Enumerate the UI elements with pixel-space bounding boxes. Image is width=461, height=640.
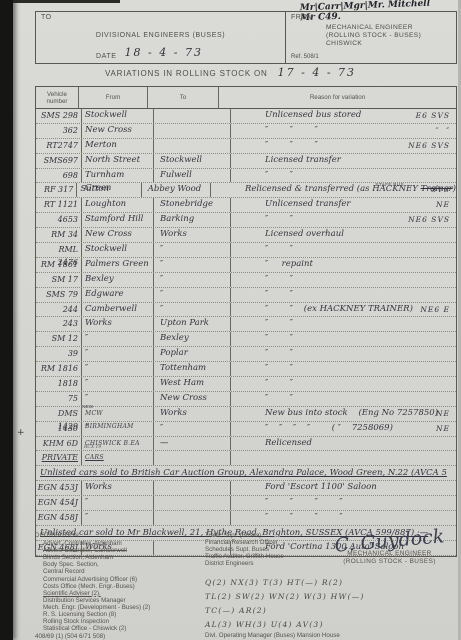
vehicle-number: KHM 6D bbox=[43, 439, 78, 448]
vehicle-cell: DMS 1429 bbox=[36, 407, 82, 421]
vehicle-cell: PRIVATE bbox=[36, 451, 82, 465]
from-cell: Camberwell bbox=[82, 303, 154, 317]
vehicle-number: SMS697 bbox=[44, 156, 78, 165]
to-cell: Stonebridge bbox=[154, 198, 231, 212]
reason-value: Unlicensed transfer bbox=[265, 199, 351, 209]
vehicle-cell: SM 12 bbox=[36, 332, 82, 346]
variation-code: ″ ″ bbox=[436, 124, 450, 137]
from-cell: Edgware bbox=[82, 288, 154, 302]
reason-value: ″ ″ bbox=[265, 274, 293, 284]
from-cell: Sutton bbox=[77, 183, 141, 197]
distribution-items: Advert. Controller, AldenhamAdvert. Cont… bbox=[35, 540, 205, 632]
to-value: ″ bbox=[160, 274, 163, 284]
to-cell bbox=[154, 511, 231, 525]
reason-cell: ″ ″ bbox=[231, 332, 456, 346]
to-value: Abbey Wood bbox=[148, 184, 201, 194]
table-body: SMS 298StockwellUnlicensed bus storedE6 … bbox=[36, 109, 456, 556]
reason-value: ″ ″ bbox=[265, 214, 293, 224]
variation-code: NE bbox=[436, 407, 450, 420]
distribution-item: Distribution Services Manager bbox=[35, 597, 205, 604]
reason-cell: Relicensed bbox=[231, 437, 456, 451]
from-cell: Stockwell bbox=[82, 243, 154, 257]
reason-cell: ″ ″ bbox=[231, 243, 456, 257]
from-cell: ″ bbox=[82, 362, 154, 376]
table-row: SMS 79Edgware″″ ″ bbox=[36, 288, 456, 303]
vehicle-number: EGN 453J bbox=[38, 483, 78, 492]
variation-code: NE6 E bbox=[420, 303, 450, 316]
to-value: Tottenham bbox=[160, 363, 206, 373]
from-value: ″ bbox=[85, 393, 88, 403]
garage-code-line: AL(3) WH(3) U(4) AV(3) bbox=[205, 618, 365, 632]
distribution-item: Body Spec. Section, bbox=[35, 561, 205, 568]
from-value: New Cross bbox=[85, 125, 132, 135]
from-cell: FROM MECHANICAL ENGINEER (ROLLING STOCK … bbox=[286, 12, 456, 63]
vehicle-cell: EGN 458J bbox=[36, 511, 82, 525]
from-cell: Turnham Green bbox=[82, 169, 154, 183]
vehicle-number: SMS 79 bbox=[46, 290, 78, 299]
table-row: RM 34New CrossWorksLicensed overhaul bbox=[36, 228, 456, 243]
vehicle-cell: RT 1121 bbox=[36, 198, 82, 212]
from-value: Edgware bbox=[85, 289, 124, 299]
from-cell: New Cross bbox=[82, 124, 154, 138]
table-row: RM 1816″Tottenham″ ″ bbox=[36, 362, 456, 377]
to-cell: New Cross bbox=[154, 392, 231, 406]
to-cell bbox=[154, 496, 231, 510]
to-value: Stonebridge bbox=[160, 199, 213, 209]
vehicle-number: RM 34 bbox=[51, 230, 78, 239]
distribution-item: Statistical Office - Chiswick (2) bbox=[35, 625, 205, 632]
from-note: NEW bbox=[82, 405, 93, 410]
vehicle-number: RT 1121 bbox=[44, 200, 78, 209]
to-cell: Poplar bbox=[154, 347, 231, 361]
vehicle-cell: SMS697 bbox=[36, 154, 82, 168]
to-cell: Tottenham bbox=[154, 362, 231, 376]
vehicle-cell: RM 34 bbox=[36, 228, 82, 242]
to-value: West Ham bbox=[160, 378, 204, 388]
table-row: 4653Stamford HillBarking″ ″NE6 SVS bbox=[36, 213, 456, 228]
to-cell bbox=[154, 124, 231, 138]
vehicle-number: SMS 298 bbox=[41, 111, 78, 120]
variations-table: Vehicle number From To Reason for variat… bbox=[35, 86, 457, 557]
vehicle-number: RF 317 bbox=[44, 185, 73, 194]
from-cell: CARS bbox=[82, 451, 154, 465]
table-row: 244Camberwell″″ ″ (ex HACKNEY TRAINER)NE… bbox=[36, 303, 456, 318]
from-value: ″ bbox=[85, 333, 88, 343]
reason-value: ″ ″ bbox=[265, 170, 293, 180]
to-value: Poplar bbox=[160, 348, 188, 358]
to-cell: ″ bbox=[154, 258, 231, 272]
span-row-text: Unlisted cars sold to British Car Auctio… bbox=[36, 468, 447, 478]
distribution-item: Costs Office (Mech. Engr.-Buses) bbox=[35, 583, 205, 590]
vehicle-cell: 4653 bbox=[36, 213, 82, 227]
vehicle-number: 39 bbox=[68, 349, 78, 358]
from-cell: ″ bbox=[82, 511, 154, 525]
vehicle-number: EGN 454J bbox=[38, 498, 78, 507]
to-cell: Works bbox=[154, 228, 231, 242]
to-value: Works bbox=[160, 408, 187, 418]
ref-number: Ref. 508/1 bbox=[291, 54, 319, 60]
reason-value: ″ ″ ″ bbox=[265, 140, 318, 150]
to-value: Bexley bbox=[160, 333, 189, 343]
form-title: VARIATIONS IN ROLLING STOCK ON17 - 4 - 7… bbox=[0, 66, 461, 79]
vehicle-number: PRIVATE bbox=[42, 453, 78, 462]
to-value: Barking bbox=[160, 214, 194, 224]
reason-value: New bus into stock (Eng No 7257850) bbox=[265, 408, 438, 418]
distribution-item: Mech. Engr. (Development - Buses) (2) bbox=[35, 604, 205, 611]
table-row: SMS 298StockwellUnlicensed bus storedE6 … bbox=[36, 109, 456, 124]
reason-cell: ″ ″ ″ ″ bbox=[231, 511, 456, 525]
from-value: Palmers Green bbox=[85, 259, 149, 269]
reason-cell: ″ ″ bbox=[231, 288, 456, 302]
reason-note-above: STAFF BUS bbox=[375, 179, 404, 192]
reason-value: ″ ″ bbox=[265, 333, 293, 343]
to-value: ″ bbox=[160, 304, 163, 314]
from-value: Sutton bbox=[80, 184, 109, 194]
address-header-box: TO DIVISIONAL ENGINEERS (BUSES) DATE18 -… bbox=[35, 11, 457, 64]
from-cell: North Street bbox=[82, 154, 154, 168]
to-cell bbox=[154, 139, 231, 153]
table-row: 1818″West Ham″ ″ bbox=[36, 377, 456, 392]
from-value: Camberwell bbox=[85, 304, 137, 314]
reason-cell: Unlicensed transferNE bbox=[231, 198, 456, 212]
distribution-item: Advert. Controller, Camberwell bbox=[35, 547, 205, 554]
from-value: Bexley bbox=[85, 274, 114, 284]
vehicle-number: 4653 bbox=[58, 215, 78, 224]
to-cell: West Ham bbox=[154, 377, 231, 391]
reason-cell: Relicensed & transferred (as HACKNEY Tra… bbox=[211, 183, 456, 197]
from-address: MECHANICAL ENGINEER (ROLLING STOCK - BUS… bbox=[326, 24, 421, 48]
to-cell: Bexley bbox=[154, 332, 231, 346]
vehicle-number: 698 bbox=[63, 171, 78, 180]
scan-left-edge bbox=[0, 0, 13, 640]
vehicle-under-note: RCX 19 bbox=[84, 445, 101, 450]
reason-value: ″ ″ bbox=[265, 378, 293, 388]
to-cell bbox=[154, 481, 231, 495]
vehicle-cell: 75 bbox=[36, 392, 82, 406]
from-cell: Stamford Hill bbox=[82, 213, 154, 227]
reason-value: ″ ″ bbox=[265, 318, 293, 328]
from-value: New Cross bbox=[85, 229, 132, 239]
from-value: Works bbox=[85, 482, 112, 492]
vehicle-cell: RML 2476 bbox=[36, 243, 82, 257]
reason-value: Licensed overhaul bbox=[265, 229, 344, 239]
vehicle-number: SM 12 bbox=[52, 334, 78, 343]
to-cell: ″ bbox=[154, 288, 231, 302]
from-value: ″ bbox=[85, 363, 88, 373]
from-cell: ″ bbox=[82, 392, 154, 406]
to-cell: Works bbox=[154, 407, 231, 421]
to-value: ″ bbox=[160, 423, 163, 433]
reason-cell: New bus into stock (Eng No 7257850)NE bbox=[231, 407, 456, 421]
reason-cell: ″ ″ (ex HACKNEY TRAINER)NE6 E bbox=[231, 303, 456, 317]
to-value: Stockwell bbox=[160, 155, 202, 165]
vehicle-number: 362 bbox=[63, 126, 78, 135]
vehicle-cell: 243 bbox=[36, 317, 82, 331]
vehicle-cell: SMS 79 bbox=[36, 288, 82, 302]
from-value: ″ bbox=[85, 512, 88, 522]
reason-value: ″ ″ (ex HACKNEY TRAINER) bbox=[265, 304, 413, 314]
reason-value: ″ ″ bbox=[265, 348, 293, 358]
reason-cell: Unlicensed bus storedE6 SVS bbox=[231, 109, 456, 123]
to-cell: Barking bbox=[154, 213, 231, 227]
from-value: Loughton bbox=[85, 199, 126, 209]
table-row: RT 1121LoughtonStonebridgeUnlicensed tra… bbox=[36, 198, 456, 213]
reason-value: Unlicensed bus stored bbox=[265, 110, 361, 120]
table-row: 362New Cross″ ″ ″″ ″ bbox=[36, 124, 456, 139]
reason-value: ″ repaint bbox=[265, 259, 313, 269]
reason-value: ″ ″ bbox=[265, 393, 293, 403]
from-cell: Palmers Green bbox=[82, 258, 154, 272]
reason-value: ″ ″ ″ bbox=[265, 125, 318, 135]
to-cell: Upton Park bbox=[154, 317, 231, 331]
bottom-distribution-line: Divl. Operating Manager (Buses) Mansion … bbox=[205, 632, 340, 639]
scanned-form-page: Mr|Carr|Mgr|Mr. Mitchell Mr C49. TO DIVI… bbox=[0, 0, 461, 640]
date-handwritten: 18 - 4 - 73 bbox=[125, 46, 203, 59]
vehicle-number: 75 bbox=[68, 394, 78, 403]
garage-code-line: TL(2) SW(2) WN(2) W(3) HW(—) bbox=[205, 590, 365, 604]
vehicle-cell: 1430 bbox=[36, 422, 82, 436]
from-cell: ″ bbox=[82, 347, 154, 361]
reason-value: ″ ″ bbox=[265, 289, 293, 299]
table-row: 243WorksUpton Park″ ″ bbox=[36, 317, 456, 332]
variation-code: NE6 SVS bbox=[408, 139, 450, 152]
date-label: DATE bbox=[96, 53, 117, 60]
distribution-item: Rolling Stock Inspection bbox=[35, 618, 205, 625]
table-row: RM 1861Palmers Green″″ repaint bbox=[36, 258, 456, 273]
distribution-item: Scientific Adviser (2). bbox=[35, 590, 205, 597]
footer: DISTRIBUTION Advert. Controller, Aldenha… bbox=[0, 530, 461, 640]
table-row: EGN 453JWorksFord 'Escort 1100' Saloon bbox=[36, 481, 456, 496]
variation-code: E6 SVS bbox=[416, 109, 450, 122]
col-header-reason: Reason for variation bbox=[219, 87, 456, 108]
from-value: CARS bbox=[85, 454, 104, 461]
from-value: ″ bbox=[85, 497, 88, 507]
vehicle-cell: 39 bbox=[36, 347, 82, 361]
form-title-printed: VARIATIONS IN ROLLING STOCK ON bbox=[105, 69, 268, 78]
margin-plus-mark: + bbox=[17, 428, 25, 438]
reason-cell: ″ ″ bbox=[231, 392, 456, 406]
table-row: KHM 6DRCX 19CHISWICK B.EA—Relicensed bbox=[36, 437, 456, 452]
vehicle-cell: RF 317 bbox=[36, 183, 77, 197]
to-cell: Abbey Wood bbox=[142, 183, 211, 197]
to-cell bbox=[154, 451, 231, 465]
table-row: PRIVATECARS bbox=[36, 451, 456, 466]
distribution-item: Commercial Advertising Officer (6) bbox=[35, 576, 205, 583]
col-header-vehicle: Vehicle number bbox=[36, 87, 79, 108]
vehicle-number: RM 1861 bbox=[41, 260, 78, 269]
garage-code-line: TC(—) AR(2) bbox=[205, 604, 365, 618]
vehicle-number: 1430 bbox=[58, 424, 78, 433]
reason-cell: ″ ″ ″NE6 SVS bbox=[231, 139, 456, 153]
table-row: DMS 1429MCW BIRMINGHAMNEWWorksNew bus in… bbox=[36, 407, 456, 422]
distribution-title: DISTRIBUTION bbox=[35, 532, 205, 539]
vehicle-cell: SM 17 bbox=[36, 273, 82, 287]
reason-cell: Licensed overhaul bbox=[231, 228, 456, 242]
reason-value: Relicensed bbox=[265, 438, 312, 448]
table-header-row: Vehicle number From To Reason for variat… bbox=[36, 87, 456, 109]
table-row: EGN 458J″″ ″ ″ ″ bbox=[36, 511, 456, 526]
from-value: Stockwell bbox=[85, 244, 127, 254]
signatory-title-line-2: (ROLLING STOCK - BUSES) bbox=[322, 558, 457, 566]
from-line-3: CHISWICK bbox=[326, 40, 421, 48]
garage-code-line: Q(2) NX(3) T(3) HT(—) R(2) bbox=[205, 576, 365, 590]
to-cell: Fulwell bbox=[154, 169, 231, 183]
vehicle-cell: EGN 453J bbox=[36, 481, 82, 495]
distribution-item: Blinds Section, Aldenham bbox=[35, 554, 205, 561]
distribution-list: DISTRIBUTION Advert. Controller, Aldenha… bbox=[35, 532, 205, 640]
to-value: DIVISIONAL ENGINEERS (BUSES) bbox=[36, 32, 285, 39]
vehicle-cell: 362 bbox=[36, 124, 82, 138]
reason-cell: ″ ″ bbox=[231, 317, 456, 331]
from-cell: Loughton bbox=[82, 198, 154, 212]
to-value: New Cross bbox=[160, 393, 207, 403]
vehicle-number: EGN 458J bbox=[38, 513, 78, 522]
reason-cell: ″ ″ ″ ″ ( ″ 7258069)NE bbox=[231, 422, 456, 436]
to-cell bbox=[154, 109, 231, 123]
table-row: 39″Poplar″ ″ bbox=[36, 347, 456, 362]
table-row: SM 12″Bexley″ ″ bbox=[36, 332, 456, 347]
from-cell: New Cross bbox=[82, 228, 154, 242]
from-cell: ″ bbox=[82, 422, 154, 436]
reason-cell: ″ ″NE6 SVS bbox=[231, 213, 456, 227]
to-value: ″ bbox=[160, 289, 163, 299]
vehicle-cell: EGN 454J bbox=[36, 496, 82, 510]
reason-cell: ″ ″ bbox=[231, 169, 456, 183]
to-cell: ″ bbox=[154, 243, 231, 257]
from-value: Works bbox=[85, 318, 112, 328]
from-value: Stamford Hill bbox=[85, 214, 143, 224]
vehicle-number: 243 bbox=[63, 319, 78, 328]
from-line-2: (ROLLING STOCK - BUSES) bbox=[326, 32, 421, 40]
garage-code-allocations: Q(2) NX(3) T(3) HT(—) R(2)TL(2) SW(2) WN… bbox=[205, 576, 365, 632]
from-cell: ″ bbox=[82, 496, 154, 510]
table-row: RML 2476Stockwell″″ ″ bbox=[36, 243, 456, 258]
from-cell: Works bbox=[82, 317, 154, 331]
to-cell: ″ bbox=[154, 303, 231, 317]
from-value: ″ bbox=[85, 378, 88, 388]
reason-cell: ″ ″ bbox=[231, 377, 456, 391]
reason-cell: Ford 'Escort 1100' Saloon bbox=[231, 481, 456, 495]
col-header-from: From bbox=[79, 87, 148, 108]
variation-code: SVS bbox=[431, 183, 450, 196]
reason-cell: ″ ″ ″ ″ bbox=[231, 496, 456, 510]
reason-cell: ″ ″ bbox=[231, 273, 456, 287]
from-value: North Street bbox=[85, 155, 140, 165]
to-value: — bbox=[160, 438, 169, 448]
vehicle-cell: SMS 298 bbox=[36, 109, 82, 123]
from-value: ″ bbox=[85, 423, 88, 433]
vehicle-number: SM 17 bbox=[52, 275, 78, 284]
reason-value: ″ ″ bbox=[265, 363, 293, 373]
from-value: Stockwell bbox=[85, 110, 127, 120]
to-value: ″ bbox=[160, 259, 163, 269]
vehicle-cell: RT2747 bbox=[36, 139, 82, 153]
table-row: 75″New Cross″ ″ bbox=[36, 392, 456, 407]
to-cell: Stockwell bbox=[154, 154, 231, 168]
table-row: SMS697North StreetStockwellLicensed tran… bbox=[36, 154, 456, 169]
from-label: FROM bbox=[291, 14, 314, 21]
distribution-item: Advert. Controller, Aldenham bbox=[35, 540, 205, 547]
vehicle-cell: 1818 bbox=[36, 377, 82, 391]
reason-value: ″ ″ bbox=[265, 244, 293, 254]
from-line-1: MECHANICAL ENGINEER bbox=[326, 24, 421, 32]
vehicle-number: RT2747 bbox=[46, 141, 78, 150]
distribution-item: Central Record bbox=[35, 568, 205, 575]
scan-top-edge bbox=[0, 0, 120, 3]
table-row: EGN 454J″″ ″ ″ ″ bbox=[36, 496, 456, 511]
reason-cell: Licensed transfer bbox=[231, 154, 456, 168]
variation-code: NE bbox=[436, 422, 450, 435]
reason-cell: ″ ″ bbox=[231, 362, 456, 376]
to-cell: ″ bbox=[154, 422, 231, 436]
form-title-date: 17 - 4 - 73 bbox=[278, 66, 356, 79]
vehicle-cell: 698 bbox=[36, 169, 82, 183]
from-cell: Stockwell bbox=[82, 109, 154, 123]
distribution-form-number: 408/69 (1) (504 6/71 508) bbox=[35, 633, 205, 640]
to-value: Works bbox=[160, 229, 187, 239]
variation-code: NE6 SVS bbox=[408, 213, 450, 226]
variation-code: NE bbox=[436, 198, 450, 211]
reason-value: ″ ″ ″ ″ bbox=[265, 512, 343, 522]
to-value: Fulwell bbox=[160, 170, 192, 180]
table-row: RT2747Merton″ ″ ″NE6 SVS bbox=[36, 139, 456, 154]
table-row: 1430″″″ ″ ″ ″ ( ″ 7258069)NE bbox=[36, 422, 456, 437]
from-cell: Works bbox=[82, 481, 154, 495]
to-value: ″ bbox=[160, 244, 163, 254]
vehicle-cell: 244 bbox=[36, 303, 82, 317]
to-cell: TO DIVISIONAL ENGINEERS (BUSES) DATE18 -… bbox=[36, 12, 286, 63]
reason-post: ) bbox=[453, 184, 456, 194]
date-row: DATE18 - 4 - 73 bbox=[96, 48, 203, 61]
reason-cell bbox=[231, 451, 456, 465]
vehicle-cell: KHM 6D bbox=[36, 437, 82, 451]
reason-value: Licensed transfer bbox=[265, 155, 341, 165]
reason-cell: ″ repaint bbox=[231, 258, 456, 272]
distribution-item: R. S. Licensing Section (8) bbox=[35, 611, 205, 618]
reason-cell: ″ ″ bbox=[231, 347, 456, 361]
from-value: ″ bbox=[85, 348, 88, 358]
from-value: Merton bbox=[85, 140, 117, 150]
table-row: SM 17Bexley″″ ″ bbox=[36, 273, 456, 288]
to-cell: — bbox=[154, 437, 231, 451]
to-cell: ″ bbox=[154, 273, 231, 287]
from-cell: ″ bbox=[82, 332, 154, 346]
vehicle-number: 1818 bbox=[58, 379, 78, 388]
from-cell: ″ bbox=[82, 377, 154, 391]
signature-block: C. Guydock MECHANICAL ENGINEER (ROLLING … bbox=[322, 530, 457, 566]
vehicle-cell: RM 1816 bbox=[36, 362, 82, 376]
vehicle-number: RM 1816 bbox=[41, 364, 78, 373]
col-header-to: To bbox=[148, 87, 219, 108]
from-cell: Bexley bbox=[82, 273, 154, 287]
to-label: TO bbox=[41, 14, 52, 21]
vehicle-cell: RM 1861 bbox=[36, 258, 82, 272]
reason-value: Ford 'Escort 1100' Saloon bbox=[265, 482, 377, 492]
reason-value: ″ ″ ″ ″ ( ″ 7258069) bbox=[265, 423, 393, 433]
from-cell: Merton bbox=[82, 139, 154, 153]
to-value: Upton Park bbox=[160, 318, 209, 328]
table-row: RF 317SuttonAbbey WoodRelicensed & trans… bbox=[36, 183, 456, 198]
reason-cell: ″ ″ ″″ ″ bbox=[231, 124, 456, 138]
vehicle-number: 244 bbox=[63, 305, 78, 314]
table-span-row: Unlisted cars sold to British Car Auctio… bbox=[36, 466, 456, 481]
reason-value: ″ ″ ″ ″ bbox=[265, 497, 343, 507]
